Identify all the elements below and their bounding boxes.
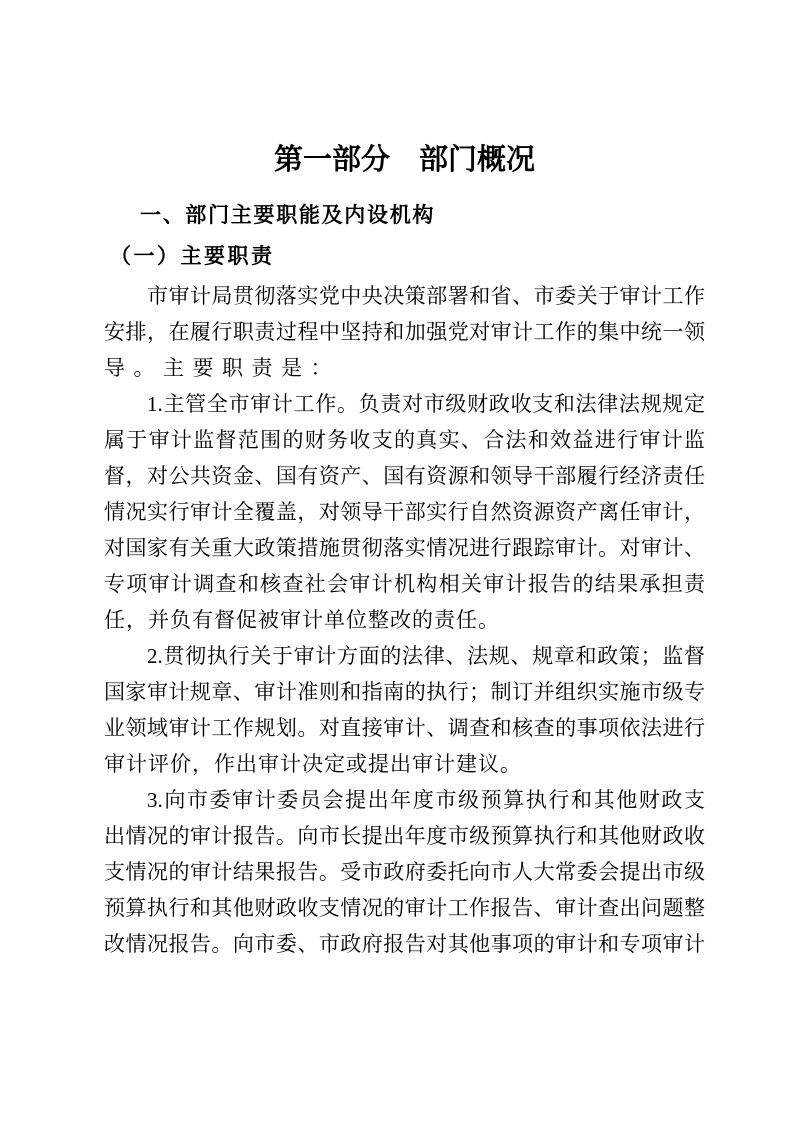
body-line: 改情况报告。向市委、市政府报告对其他事项的审计和专项审计 [104, 926, 705, 962]
document-body: 市审计局贯彻落实党中央决策部署和省、市委关于审计工作安排，在履行职责过程中坚持和… [104, 278, 705, 962]
body-line: 督，对公共资金、国有资产、国有资源和领导干部履行经济责任 [104, 458, 705, 494]
body-line: 业领域审计工作规划。对直接审计、调查和核查的事项依法进行 [104, 710, 705, 746]
body-line: 1.主管全市审计工作。负责对市级财政收支和法律法规规定 [104, 386, 705, 422]
body-line: 属于审计监督范围的财务收支的真实、合法和效益进行审计监 [104, 422, 705, 458]
body-line: 出情况的审计报告。向市长提出年度市级预算执行和其他财政收 [104, 818, 705, 854]
document-title: 第一部分 部门概况 [104, 144, 705, 176]
body-line: 对国家有关重大政策措施贯彻落实情况进行跟踪审计。对审计、 [104, 530, 705, 566]
body-line: 情况实行审计全覆盖，对领导干部实行自然资源资产离任审计， [104, 494, 705, 530]
body-line: 专项审计调查和核查社会审计机构相关审计报告的结果承担责 [104, 566, 705, 602]
document-page: 第一部分 部门概况 一、部门主要职能及内设机构 （一）主要职责 市审计局贯彻落实… [0, 0, 793, 1122]
section-heading: 一、部门主要职能及内设机构 [104, 203, 705, 229]
body-line: 预算执行和其他财政收支情况的审计工作报告、审计查出问题整 [104, 890, 705, 926]
body-line: 3.向市委审计委员会提出年度市级预算执行和其他财政支 [104, 782, 705, 818]
body-line: 安排，在履行职责过程中坚持和加强党对审计工作的集中统一领 [104, 314, 705, 350]
body-line: 国家审计规章、审计准则和指南的执行；制订并组织实施市级专 [104, 674, 705, 710]
body-line: 支情况的审计结果报告。受市政府委托向市人大常委会提出市级 [104, 854, 705, 890]
subsection-heading: （一）主要职责 [104, 241, 705, 271]
body-line: 审计评价，作出审计决定或提出审计建议。 [104, 746, 705, 782]
body-line: 市审计局贯彻落实党中央决策部署和省、市委关于审计工作 [104, 278, 705, 314]
body-line: 导。主要职责是： [104, 350, 705, 386]
body-line: 2.贯彻执行关于审计方面的法律、法规、规章和政策；监督 [104, 638, 705, 674]
body-line: 任，并负有督促被审计单位整改的责任。 [104, 602, 705, 638]
